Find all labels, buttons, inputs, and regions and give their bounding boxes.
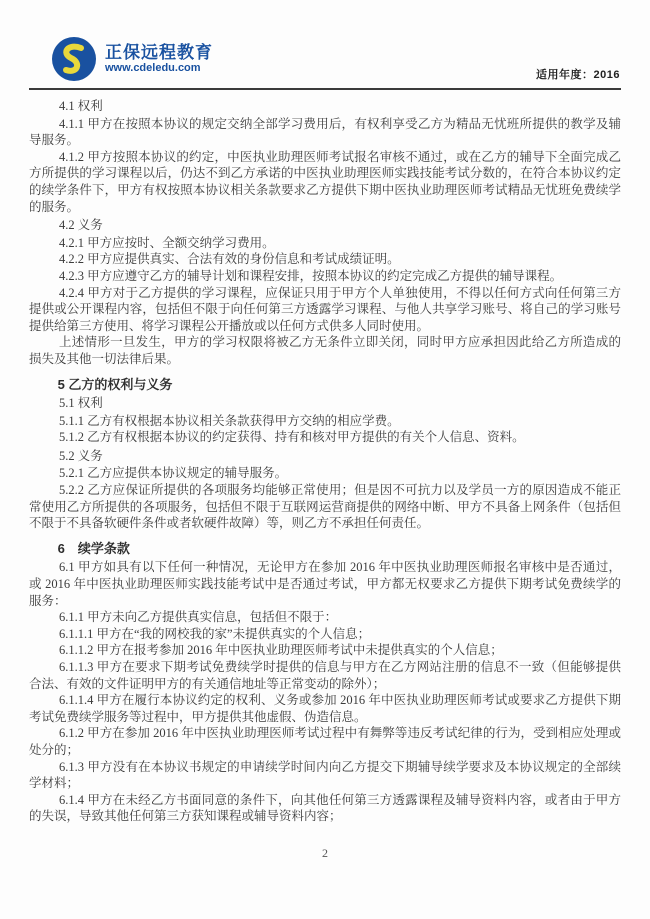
paragraph: 4.1 权利 — [29, 98, 621, 115]
brand-logo-icon — [51, 36, 97, 82]
paragraph: 6.1.2 甲方在参加 2016 年中医执业助理医师考试过程中有舞弊等违反考试纪… — [29, 725, 621, 758]
paragraph: 4.2.2 甲方应提供真实、合法有效的身份信息和考试成绩证明。 — [29, 251, 621, 268]
brand-name: 正保远程教育 — [105, 44, 213, 63]
paragraph: 6.1.3 甲方没有在本协议书规定的申请续学时间内向乙方提交下期辅导续学要求及本… — [29, 759, 621, 792]
paragraph: 4.1.2 甲方按照本协议的约定，中医执业助理医师考试报名审核不通过，或在乙方的… — [29, 149, 621, 215]
paragraph: 6.1.1 甲方未向乙方提供真实信息，包括但不限于： — [29, 609, 621, 626]
brand-website: www.cdeledu.com — [105, 62, 213, 74]
page-number: 2 — [0, 846, 650, 861]
paragraph: 6.1.1.4 甲方在履行本协议约定的权利、义务或参加 2016 年中医执业助理… — [29, 692, 621, 725]
section-heading: 5 乙方的权利与义务 — [29, 377, 621, 394]
paragraph: 上述情形一旦发生，甲方的学习权限将被乙方无条件立即关闭，同时甲方应承担因此给乙方… — [29, 334, 621, 367]
document-body: 4.1 权利4.1.1 甲方在按照本协议的规定交纳全部学习费用后，有权利享受乙方… — [0, 90, 650, 825]
paragraph: 6.1.4 甲方在未经乙方书面同意的条件下，向其他任何第三方透露课程及辅导资料内… — [29, 792, 621, 825]
paragraph: 5.1 权利 — [29, 395, 621, 412]
paragraph: 5.2.1 乙方应提供本协议规定的辅导服务。 — [29, 465, 621, 482]
paragraph: 4.1.1 甲方在按照本协议的规定交纳全部学习费用后，有权利享受乙方为精品无忧班… — [29, 116, 621, 149]
paragraph: 4.2.3 甲方应遵守乙方的辅导计划和课程安排，按照本协议的约定完成乙方提供的辅… — [29, 268, 621, 285]
applicable-year-label: 适用年度：2016 — [536, 66, 620, 82]
paragraph: 4.2.1 甲方应按时、全额交纳学习费用。 — [29, 235, 621, 252]
paragraph: 6.1.1.3 甲方在要求下期考试免费续学时提供的信息与甲方在乙方网站注册的信息… — [29, 659, 621, 692]
paragraph: 5.1.2 乙方有权根据本协议的约定获得、持有和核对甲方提供的有关个人信息、资料… — [29, 429, 621, 446]
brand-text-block: 正保远程教育 www.cdeledu.com — [105, 44, 213, 75]
page-header: 正保远程教育 www.cdeledu.com 适用年度：2016 — [29, 0, 621, 90]
paragraph: 6.1 甲方如具有以下任何一种情况，无论甲方在参加 2016 年中医执业助理医师… — [29, 559, 621, 609]
paragraph: 6.1.1.2 甲方在报考参加 2016 年中医执业助理医师考试中未提供真实的个… — [29, 642, 621, 659]
section-heading: 6 续学条款 — [29, 541, 621, 558]
paragraph: 4.2.4 甲方对于乙方提供的学习课程，应保证只用于甲方个人单独使用，不得以任何… — [29, 285, 621, 335]
paragraph: 5.2 义务 — [29, 448, 621, 465]
brand-logo: 正保远程教育 www.cdeledu.com — [51, 36, 213, 82]
paragraph: 4.2 义务 — [29, 217, 621, 234]
paragraph: 5.1.1 乙方有权根据本协议相关条款获得甲方交纳的相应学费。 — [29, 413, 621, 430]
paragraph: 5.2.2 乙方应保证所提供的各项服务均能够正常使用；但是因不可抗力以及学员一方… — [29, 482, 621, 532]
paragraph: 6.1.1.1 甲方在“我的网校我的家”未提供真实的个人信息； — [29, 626, 621, 643]
document-page: 正保远程教育 www.cdeledu.com 适用年度：2016 4.1 权利4… — [0, 0, 650, 919]
